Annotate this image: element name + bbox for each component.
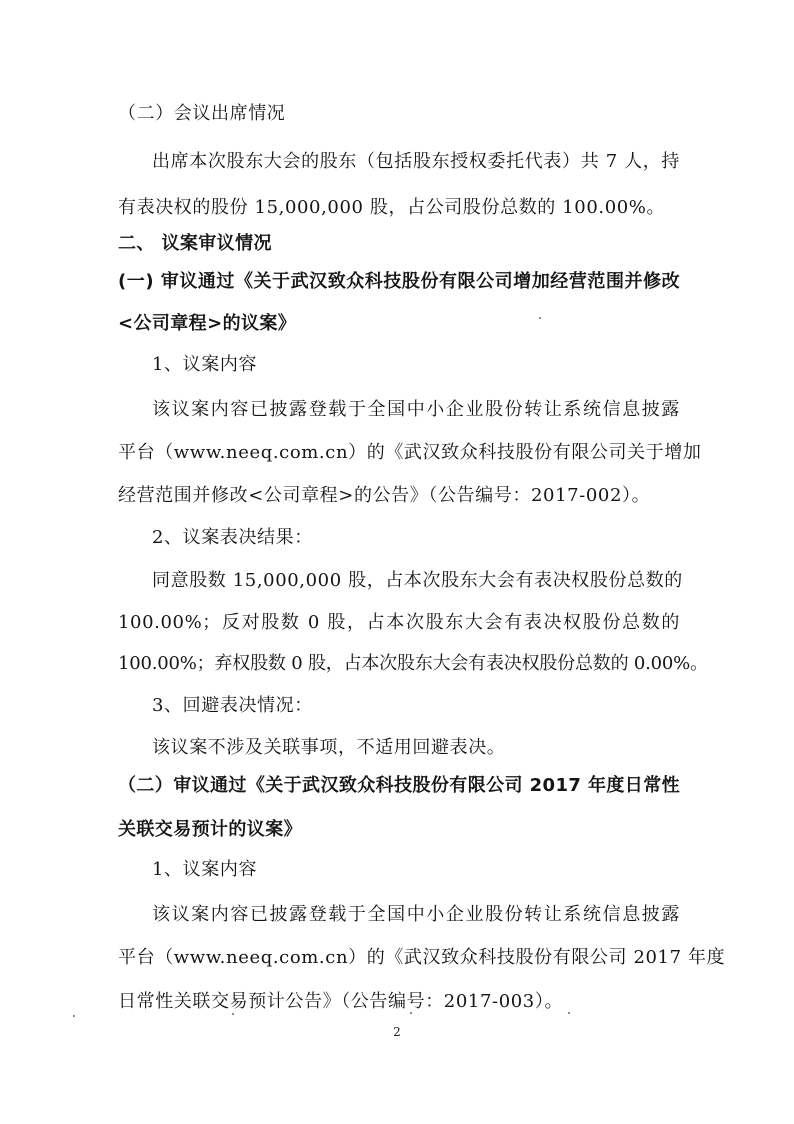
scan-artifact <box>410 1012 412 1014</box>
scan-artifact <box>568 1012 570 1014</box>
motion-1-title-line1: (一) 审议通过《关于武汉致众科技股份有限公司增加经营范围并修改 <box>118 270 680 294</box>
scan-artifact <box>539 317 541 319</box>
motion-1-result-heading: 2、议案表决结果： <box>152 526 313 550</box>
motion-1-result-line3: 100.00%；弃权股数 0 股，占本次股东大会有表决权股份总数的 0.00%。 <box>118 652 708 676</box>
motion-1-recusal-heading: 3、回避表决情况： <box>152 694 313 718</box>
motion-1-result-line2: 100.00%；反对股数 0 股，占本次股东大会有表决权股份总数的 <box>118 611 680 635</box>
motion-1-content-line1: 该议案内容已披露登载于全国中小企业股份转让系统信息披露 <box>152 398 680 422</box>
motion-2-content-line2: 平台（www.neeq.com.cn）的《武汉致众科技股份有限公司 2017 年… <box>118 946 680 970</box>
attendance-body-line2: 有表决权的股份 15,000,000 股，占公司股份总数的 100.00%。 <box>118 196 665 220</box>
motion-1-content-heading: 1、议案内容 <box>152 353 257 377</box>
scan-artifact <box>73 1015 75 1017</box>
motion-1-recusal-text: 该议案不涉及关联事项，不适用回避表决。 <box>152 736 505 760</box>
motion-1-result-line1: 同意股数 15,000,000 股，占本次股东大会有表决权股份总数的 <box>152 569 680 593</box>
motion-2-content-line3: 日常性关联交易预计公告》（公告编号：2017-003）。 <box>118 990 563 1014</box>
motion-2-content-heading: 1、议案内容 <box>152 858 257 882</box>
section-two-heading: 二、 议案审议情况 <box>118 232 272 256</box>
motion-2-content-line1: 该议案内容已披露登载于全国中小企业股份转让系统信息披露 <box>152 903 680 927</box>
motion-1-content-line2: 平台（www.neeq.com.cn）的《武汉致众科技股份有限公司关于增加 <box>118 441 680 465</box>
motion-2-title-line2: 关联交易预计的议案》 <box>118 818 302 842</box>
motion-2-title-line1: （二）审议通过《关于武汉致众科技股份有限公司 2017 年度日常性 <box>118 774 680 798</box>
motion-1-content-line3: 经营范围并修改<公司章程>的公告》（公告编号：2017-002）。 <box>118 484 650 508</box>
attendance-body-line1: 出席本次股东大会的股东（包括股东授权委托代表）共 7 人，持 <box>152 150 680 174</box>
scan-artifact <box>232 1013 234 1015</box>
page-number: 2 <box>0 1025 794 1039</box>
attendance-heading: （二）会议出席情况 <box>118 102 285 126</box>
motion-1-title-line2: <公司章程>的议案》 <box>118 312 296 336</box>
